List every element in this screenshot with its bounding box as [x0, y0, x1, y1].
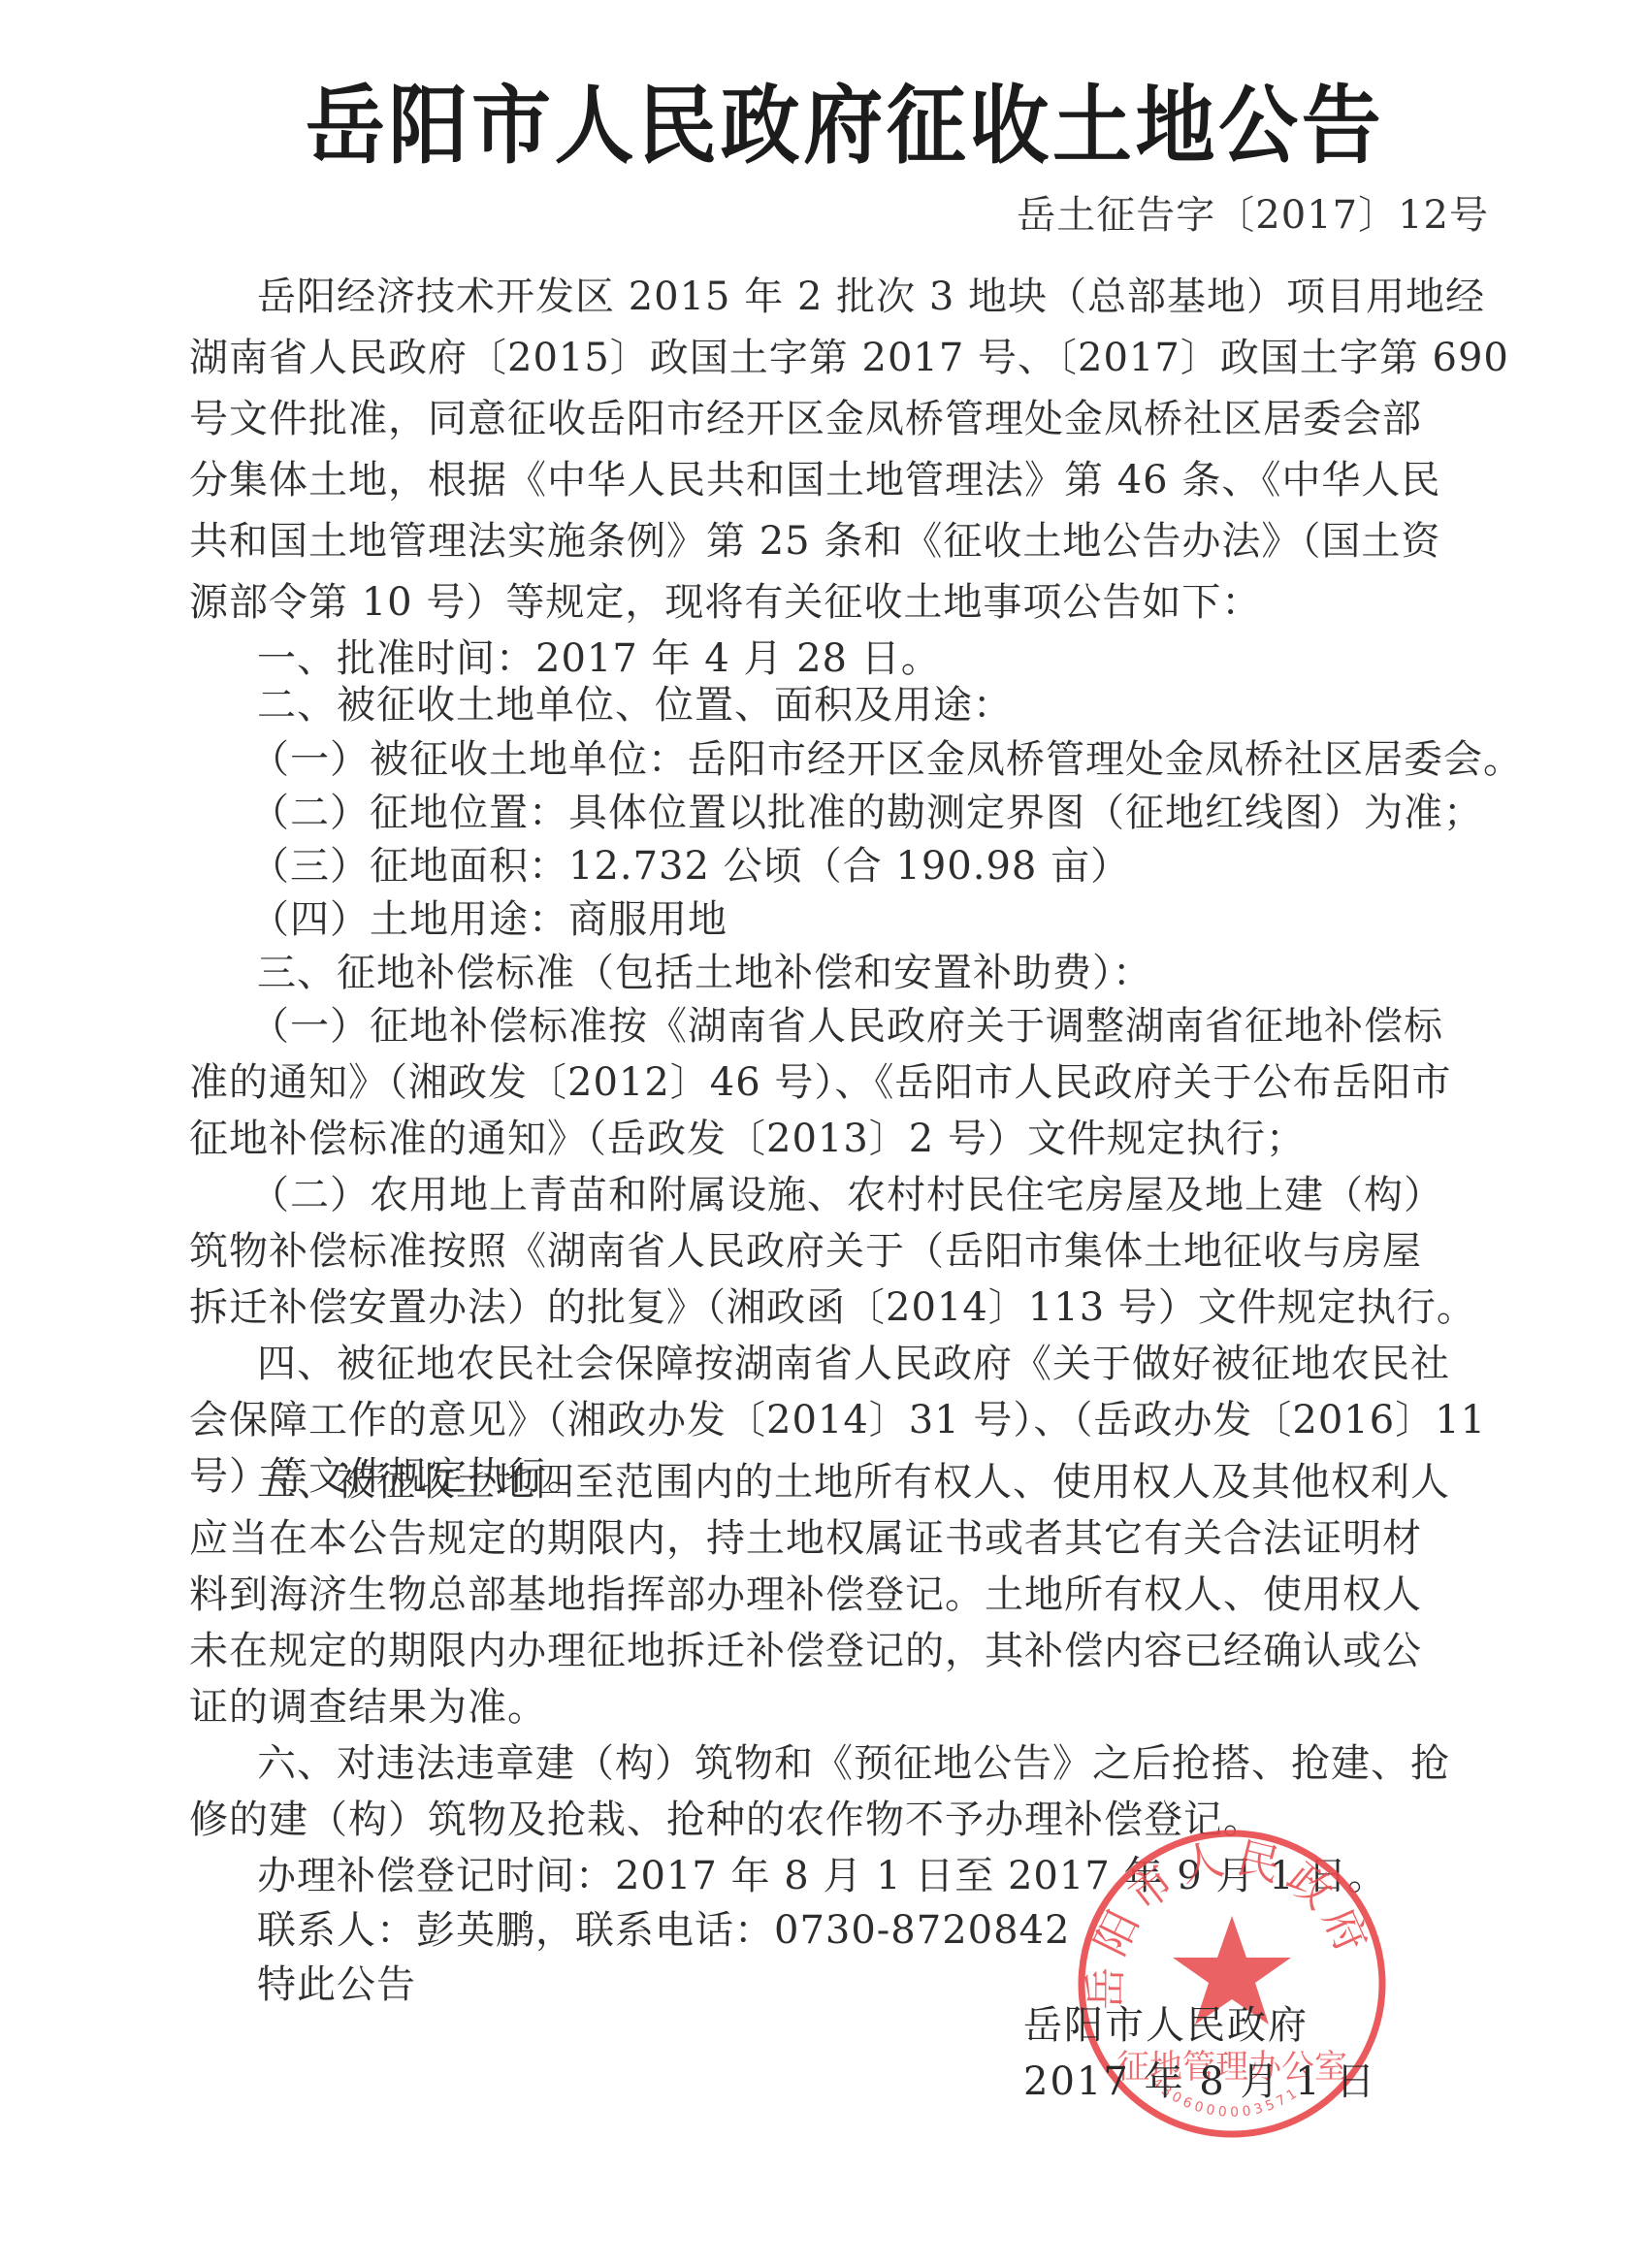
body-line: （三）征地面积：12.732 公顷（合 190.98 亩） — [250, 839, 1130, 893]
contact-line: 联系人：彭英鹏，联系电话：0730-8720842 — [257, 1903, 1070, 1958]
body-line: 应当在本公告规定的期限内，持土地权属证书或者其它有关合法证明材 — [189, 1511, 1422, 1566]
body-line: 准的通知》（湘政发〔2012〕46 号）、《岳阳市人民政府关于公布岳阳市 — [189, 1055, 1451, 1110]
document-number: 岳土征告字〔2017〕12号 — [1017, 184, 1489, 240]
body-line: （二）农用地上青苗和附属设施、农村村民住宅房屋及地上建（构） — [250, 1168, 1443, 1222]
notice-title: 岳阳市人民政府征收土地公告 — [306, 78, 1298, 175]
body-line: 会保障工作的意见》（湘政办发〔2014〕31 号）、（岳政办发〔2016〕11 — [189, 1393, 1486, 1447]
body-line: （四）土地用途：商服用地 — [250, 892, 727, 947]
body-line: 三、征地补偿标准（包括土地补偿和安置补助费）： — [257, 946, 1152, 1000]
body-line: 共和国土地管理法实施条例》第 25 条和《征收土地公告办法》（国土资 — [189, 514, 1440, 568]
body-line: 五、被征收土地四至范围内的土地所有权人、使用权人及其他权利人 — [257, 1455, 1450, 1509]
body-line: （一）征地补偿标准按《湖南省人民政府关于调整湖南省征地补偿标 — [250, 999, 1443, 1053]
body-line: （一）被征收土地单位：岳阳市经开区金凤桥管理处金凤桥社区居委会。 — [250, 732, 1523, 787]
body-line: 筑物补偿标准按照《湖南省人民政府关于（岳阳市集体土地征收与房屋 — [189, 1224, 1422, 1279]
body-line: 征地补偿标准的通知》（岳政发〔2013〕2 号）文件规定执行； — [189, 1112, 1306, 1166]
issue-date: 2017 年 8 月 1 日 — [1023, 2055, 1376, 2109]
issuer-name: 岳阳市人民政府 — [1023, 1998, 1309, 2053]
body-line: 岳阳经济技术开发区 2015 年 2 批次 3 地块（总部基地）项目用地经 — [257, 270, 1485, 324]
body-line: 证的调查结果为准。 — [189, 1680, 547, 1734]
closing-line: 特此公告 — [257, 1958, 416, 2012]
body-line: （二）征地位置：具体位置以批准的勘测定界图（征地红线图）为准； — [250, 786, 1483, 840]
body-line: 二、被征收土地单位、位置、面积及用途： — [257, 678, 1013, 732]
body-line: 四、被征地农民社会保障按湖南省人民政府《关于做好被征地农民社 — [257, 1337, 1450, 1391]
body-line: 湖南省人民政府〔2015〕政国土字第 2017 号、〔2017〕政国土字第 69… — [189, 331, 1509, 385]
body-line: 源部令第 10 号）等规定，现将有关征收土地事项公告如下： — [189, 575, 1261, 630]
body-line: 拆迁补偿安置办法）的批复》（湘政函〔2014〕113 号）文件规定执行。 — [189, 1280, 1476, 1335]
body-line: 未在规定的期限内办理征地拆迁补偿登记的，其补偿内容已经确认或公 — [189, 1624, 1422, 1678]
body-line: 料到海济生物总部基地指挥部办理补偿登记。土地所有权人、使用权人 — [189, 1568, 1422, 1622]
body-line: 分集体土地，根据《中华人民共和国土地管理法》第 46 条、《中华人民 — [189, 453, 1440, 507]
body-line: 六、对违法违章建（构）筑物和《预征地公告》之后抢搭、抢建、抢 — [257, 1736, 1450, 1791]
body-line: 号文件批准，同意征收岳阳市经开区金凤桥管理处金凤桥社区居委会部 — [189, 392, 1422, 446]
